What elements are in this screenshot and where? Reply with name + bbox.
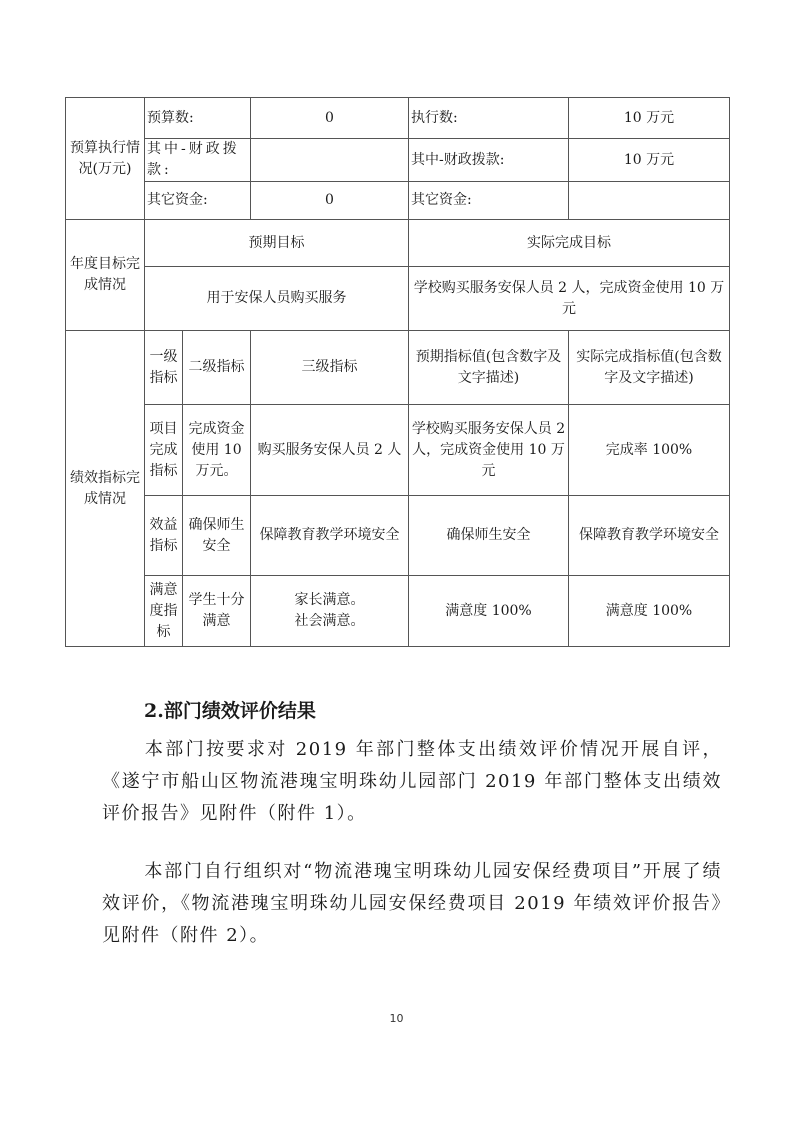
expected-goal-header: 预期目标 <box>145 220 409 267</box>
indicator-level3: 家长满意。 社会满意。 <box>251 576 409 647</box>
executed-fiscal-value: 10 万元 <box>569 139 730 182</box>
paragraph-2-text: 本部门自行组织对“物流港瑰宝明珠幼儿园安保经费项目”开展了绩效评价，《物流港瑰宝… <box>102 861 722 946</box>
indicator-header-row: 绩效指标完成情况 一级指标 二级指标 三级指标 预期指标值(包含数字及文字描述)… <box>66 331 730 405</box>
budget-row: 预算执行情况(万元) 预算数: 0 执行数: 10 万元 <box>66 98 730 139</box>
indicator-expected: 确保师生安全 <box>409 496 569 576</box>
annual-goal-row-label: 年度目标完成情况 <box>66 220 145 331</box>
header-level3: 三级指标 <box>251 331 409 405</box>
level3-line: 家长满意。 <box>253 590 406 611</box>
level3-line: 社会满意。 <box>253 611 406 632</box>
header-level2: 二级指标 <box>183 331 251 405</box>
executed-other-value <box>569 182 730 220</box>
paragraph-1: 本部门按要求对 2019 年部门整体支出绩效评价情况开展自评，《遂宁市船山区物流… <box>102 734 722 830</box>
executed-fiscal-label: 其中-财政拨款: <box>409 139 569 182</box>
indicator-level2: 学生十分满意 <box>183 576 251 647</box>
indicator-level1: 效益指标 <box>145 496 183 576</box>
budget-label: 预算数: <box>145 98 251 139</box>
indicator-level3: 保障教育教学环境安全 <box>251 496 409 576</box>
section-title: 2.部门绩效评价结果 <box>144 696 316 723</box>
executed-label: 执行数: <box>409 98 569 139</box>
header-expected: 预期指标值(包含数字及文字描述) <box>409 331 569 405</box>
paragraph-2: 本部门自行组织对“物流港瑰宝明珠幼儿园安保经费项目”开展了绩效评价，《物流港瑰宝… <box>102 856 722 952</box>
indicator-actual: 保障教育教学环境安全 <box>569 496 730 576</box>
indicator-actual: 完成率 100% <box>569 405 730 496</box>
indicator-level1: 满意度指标 <box>145 576 183 647</box>
indicator-level3: 购买服务安保人员 2 人 <box>251 405 409 496</box>
annual-goal-value-row: 用于安保人员购买服务 学校购买服务安保人员 2 人，完成资金使用 10 万元 <box>66 267 730 331</box>
actual-goal-header: 实际完成目标 <box>409 220 730 267</box>
indicator-expected: 学校购买服务安保人员 2 人，完成资金使用 10 万元 <box>409 405 569 496</box>
budget-other-value: 0 <box>251 182 409 220</box>
indicator-row: 效益指标 确保师生安全 保障教育教学环境安全 确保师生安全 保障教育教学环境安全 <box>66 496 730 576</box>
budget-value: 0 <box>251 98 409 139</box>
annual-goal-header-row: 年度目标完成情况 预期目标 实际完成目标 <box>66 220 730 267</box>
executed-other-label: 其它资金: <box>409 182 569 220</box>
indicator-actual: 满意度 100% <box>569 576 730 647</box>
indicator-level2: 完成资金使用 10 万元。 <box>183 405 251 496</box>
indicator-row: 项目完成指标 完成资金使用 10 万元。 购买服务安保人员 2 人 学校购买服务… <box>66 405 730 496</box>
budget-fiscal-label: 其中-财政拨款: <box>145 139 251 182</box>
indicators-row-label: 绩效指标完成情况 <box>66 331 145 647</box>
indicator-level2: 确保师生安全 <box>183 496 251 576</box>
paragraph-1-text: 本部门按要求对 2019 年部门整体支出绩效评价情况开展自评，《遂宁市船山区物流… <box>102 739 722 824</box>
performance-table: 预算执行情况(万元) 预算数: 0 执行数: 10 万元 其中-财政拨款: 其中… <box>65 97 730 647</box>
actual-goal-value: 学校购买服务安保人员 2 人，完成资金使用 10 万元 <box>409 267 730 331</box>
indicator-level1: 项目完成指标 <box>145 405 183 496</box>
header-actual: 实际完成指标值(包含数字及文字描述) <box>569 331 730 405</box>
header-level1: 一级指标 <box>145 331 183 405</box>
budget-row: 其它资金: 0 其它资金: <box>66 182 730 220</box>
budget-other-label: 其它资金: <box>145 182 251 220</box>
expected-goal-value: 用于安保人员购买服务 <box>145 267 409 331</box>
indicator-row: 满意度指标 学生十分满意 家长满意。 社会满意。 满意度 100% 满意度 10… <box>66 576 730 647</box>
executed-value: 10 万元 <box>569 98 730 139</box>
indicator-expected: 满意度 100% <box>409 576 569 647</box>
budget-fiscal-value <box>251 139 409 182</box>
page-number: 10 <box>0 1012 793 1025</box>
budget-row-label: 预算执行情况(万元) <box>66 98 145 220</box>
budget-row: 其中-财政拨款: 其中-财政拨款: 10 万元 <box>66 139 730 182</box>
